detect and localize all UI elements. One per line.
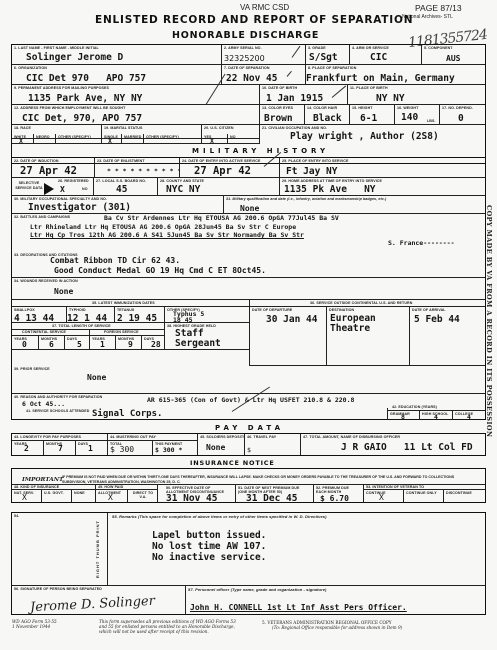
induction-value: 27 Apr 42	[20, 165, 77, 177]
field-name: 1. Last name - First name - Middle initi…	[12, 45, 222, 65]
remarks-line-3: No inactive service.	[152, 552, 266, 563]
race-option-negro[interactable]: NEGRO	[34, 134, 56, 144]
marital-option-other[interactable]: OTHER (specify)	[144, 134, 202, 144]
foreign-months: Months9	[116, 336, 142, 350]
side-copy-text: COPY MADE BY VA FROM A RECORD IN ITS POS…	[481, 205, 493, 525]
foreign-years: Years1	[90, 336, 116, 350]
field-mos: 30. Military occupational specialty and …	[12, 196, 224, 214]
field-organization: 6. Organization CIC Det 970 APO 757	[12, 65, 222, 85]
permanent-address-value: 1135 Park Ave, NY NY	[28, 93, 142, 104]
field-decorations: 33. Decorations and citations Combat Rib…	[12, 252, 485, 278]
kind-none[interactable]: None	[72, 490, 96, 502]
eyes-value: Brown	[264, 113, 293, 124]
how-paid-direct[interactable]: Direct to V.A.	[128, 490, 158, 502]
battles-line-4: S. France--------	[388, 239, 455, 247]
weight-value: 140	[401, 112, 418, 123]
field-soldiers-deposits: 45. Soldiers deposits None	[198, 434, 245, 455]
organization-value: CIC Det 970 APO 757	[26, 73, 146, 84]
intention-continue-only[interactable]: Continue Only	[404, 490, 444, 502]
field-highest-grade-fill	[12, 350, 250, 366]
insurance-heading: INSURANCE NOTICE	[190, 459, 275, 467]
registered-yes[interactable]: X	[60, 185, 65, 194]
field-place-separation: 8. Place of separation Frankfurt on Main…	[306, 65, 485, 85]
field-other-immunization: Other (specify) Typhus 5 18 45	[165, 307, 250, 323]
local-board-value: 45	[116, 184, 127, 195]
discharge-document: VA RMC CSD PAGE 87/13 National Archives-…	[0, 0, 497, 650]
longevity-months: Months7	[44, 441, 76, 455]
battles-line-3: Ltr Hq Cp Tros 12th AG 200.6 A S41 5Jun4…	[30, 231, 304, 239]
race-option-white[interactable]: WHITEX	[12, 134, 34, 144]
next-premium-value: 31 Dec 45	[246, 493, 297, 502]
intention-continue[interactable]: ContinueX	[364, 490, 404, 502]
enlistment-value: * * * * * * * * * *	[107, 167, 180, 175]
smallpox-value: 4 13 44	[14, 313, 54, 323]
field-smallpox: Smallpox 4 13 44	[12, 307, 67, 323]
field-wounds: 34. Wounds received in action None	[12, 278, 485, 300]
name-value: Solinger Jerome D	[26, 52, 123, 63]
field-typhoid: Typhoid 12 1 44	[67, 307, 115, 323]
remarks-line-2: No lost time AW 107.	[152, 541, 266, 552]
total-amount-value: J R GAIO 11 Lt Col FD	[341, 442, 473, 453]
battles-line-2: Ltr Rhineland Ltr Hq ETOUSA AG 200.6 OpG…	[30, 223, 296, 231]
field-dependents: 17. No. depend. 0	[440, 105, 485, 125]
county-value: NYC NY	[166, 184, 200, 195]
field-tetanus: Tetanus 2 19 45	[115, 307, 165, 323]
cont-days: Days5	[65, 336, 90, 350]
dependents-value: 0	[458, 113, 464, 124]
mos-value: Investigator (301)	[28, 202, 131, 213]
date-separation-value: 22 Nov 45	[226, 73, 277, 84]
mustering-total: Total$ 300	[108, 441, 153, 455]
total-service-header: 37. Total length of service	[12, 323, 165, 330]
military-history-heading: MILITARY HISTORY	[192, 147, 329, 155]
decorations-line-1: Combat Ribbon TD Cir 62 43.	[50, 256, 180, 265]
field-next-premium: 51. Date of next premium due (One month …	[236, 484, 314, 502]
field-arrival: Date of arrival 5 Feb 44	[410, 307, 485, 366]
field-employment-address: 12. Address from which employment will b…	[12, 105, 260, 125]
field-permanent-address: 9. Permanent address for mailing purpose…	[12, 85, 260, 105]
education-high-school: High School4	[420, 411, 453, 420]
field-arm: 4. Arm or service CIC	[350, 45, 422, 65]
race-option-other[interactable]: OTHER (specify)	[56, 134, 102, 144]
thumb-print-label: RIGHT THUMB PRINT	[95, 520, 100, 578]
field-county: 28. County and State NYC NY	[158, 178, 280, 196]
field-height: 15. Height 6-1	[350, 105, 395, 125]
field-entry-place: 25. Place of entry into service Ft Jay N…	[280, 158, 485, 178]
field-enlistment: 23. Date of enlistment * * * * * * * * *…	[95, 158, 180, 178]
field-departure: Date of departure 30 Jan 44	[250, 307, 327, 366]
component-value: AUS	[446, 54, 460, 63]
mustering-this-payment: This payment$ 300 *	[153, 441, 198, 455]
important-label: IMPORTANT	[22, 477, 63, 483]
field-date-separation: 7. Date of separation 22 Nov 45	[222, 65, 306, 85]
marital-option-single[interactable]: SINGLEX	[102, 134, 122, 144]
page-label: PAGE 87/13	[415, 3, 462, 13]
kind-nat-serv[interactable]: Nat. Serv.X	[12, 490, 42, 502]
field-schools: 41. Service schools attended Signal Corp…	[12, 408, 388, 420]
weight-unit: LBS.	[427, 119, 436, 123]
how-paid-allotment[interactable]: AllotmentX	[96, 490, 128, 502]
foreign-days: Days28	[142, 336, 165, 350]
copy-note: 5. VETERANS ADMINISTRATION REGIONAL OFFI…	[262, 620, 462, 630]
schools-value: Signal Corps.	[92, 409, 162, 419]
tetanus-value: 2 19 45	[117, 313, 157, 323]
citizen-option-no[interactable]: NO	[228, 134, 260, 144]
field-remarks: 55. Remarks (This space for completion o…	[108, 513, 485, 586]
field-eyes: 13. Color eyes Brown	[260, 105, 305, 125]
citizen-option-yes[interactable]: YESX	[202, 134, 228, 144]
field-effective-date: 50. Effective date of allotment disconti…	[158, 484, 236, 502]
supersedes-note: This form supersedes all previous editio…	[99, 619, 239, 634]
field-total-amount: 47. Total amount, name of disbursing off…	[301, 434, 485, 455]
field-entry-active: 24. Date of entry into active service 27…	[180, 158, 280, 178]
field-registered: 26. Registered X NO	[56, 178, 94, 196]
premium-due-value: $ 6.70	[320, 494, 349, 502]
mustering-header: 44. Mustering out pay	[108, 434, 198, 441]
occupation-value: Play wright , Author (2S8)	[290, 131, 439, 142]
field-premium-due: 52. Premium due each month $ 6.70	[314, 484, 364, 502]
insurance-notice-text: If premium is not paid when due or withi…	[62, 475, 476, 484]
field-personnel-officer: 57. Personnel officer (Type name, grade …	[186, 586, 485, 614]
field-qualification: 31. Military qualification and date (i.e…	[224, 196, 485, 214]
personnel-officer-value: John H. CONNELL 1st Lt Inf Asst Pers Off…	[190, 603, 407, 612]
form-id: WD AGO Form 53-55 1 November 1944	[12, 619, 72, 629]
other-immunization-value: Typhus 5 18 45	[173, 311, 213, 323]
longevity-days: Days1	[76, 441, 108, 455]
arrival-value: 5 Feb 44	[414, 314, 460, 325]
thumb-print-area: 54.	[12, 513, 108, 586]
field-occupation: 21. Civilian occupation and no. Play wri…	[260, 125, 485, 144]
typhoid-value: 12 1 44	[67, 313, 107, 323]
arrow-icon	[44, 183, 54, 195]
departure-value: 30 Jan 44	[266, 314, 317, 325]
date-birth-value: 1 Jan 1915	[266, 93, 323, 104]
pay-data-heading: PAY DATA	[215, 424, 284, 432]
longevity-years: Years2	[12, 441, 44, 455]
field-induction: 22. Date of induction 27 Apr 42	[12, 158, 95, 178]
home-entry-value: 1135 Pk Ave NY	[284, 184, 376, 195]
field-local-board: 27. Local S.S. Board No. 45	[94, 178, 158, 196]
field-component: 5. Component AUS	[422, 45, 485, 65]
document-title: ENLISTED RECORD AND REPORT OF SEPARATION	[95, 14, 413, 26]
reason-value-2: 6 Oct 45...	[22, 400, 65, 408]
hair-value: Black	[313, 113, 342, 124]
prior-service-value: None	[87, 373, 106, 382]
wounds-value: None	[54, 287, 73, 296]
field-battles: 32. Battles and campaigns Ba Cv Str Arde…	[12, 214, 485, 252]
field-highest-grade: 38. Highest grade held Staff Sergeant	[165, 323, 250, 350]
cont-years: Years0	[12, 336, 39, 350]
height-value: 6-1	[360, 113, 377, 124]
decorations-line-2: Good Conduct Medal GO 19 Hq Cmd C ET 8Oc…	[54, 266, 266, 275]
destination-value: European Theatre	[330, 314, 400, 334]
field-hair: 14. Color hair Black	[305, 105, 350, 125]
battles-line-1: Ba Cv Str Ardennes Ltr Hq ETOUSA AG 200.…	[104, 214, 339, 222]
place-birth-value: NY NY	[376, 93, 405, 104]
entry-active-value: 27 Apr 42	[194, 165, 251, 177]
immunization-header: 35. Latest immunization dates	[12, 300, 250, 307]
marital-option-married[interactable]: MARRIED	[122, 134, 144, 144]
kind-us-govt[interactable]: U.S. Govt.	[42, 490, 72, 502]
field-prior-service: 39. Prior service None	[12, 366, 485, 394]
field-grade: 3. Grade S/Sgt	[306, 45, 350, 65]
archive-stamp: VA RMC CSD	[240, 3, 289, 12]
soldiers-deposits-value: None	[206, 443, 225, 452]
arm-value: CIC	[370, 52, 387, 63]
cont-months: Months6	[39, 336, 65, 350]
field-place-birth: 11. Place of birth NY NY	[348, 85, 485, 105]
service-outside-header: 36. Service outside continental U.S. and…	[250, 300, 485, 307]
grade-value: S/Sgt	[309, 52, 338, 63]
employment-address-value: CIC Det, 970, APO 757	[22, 113, 142, 124]
remarks-line-1: Lapel button issued.	[152, 530, 266, 541]
field-home-entry: 29. Home address at time of entry into s…	[280, 178, 485, 196]
intention-discontinue[interactable]: Discontinue	[444, 490, 485, 502]
serial-value: 32325200	[224, 54, 265, 63]
field-destination: Destination European Theatre	[327, 307, 410, 366]
document-subtitle: HONORABLE DISCHARGE	[172, 30, 319, 41]
field-weight: 16. Weight 140 LBS.	[395, 105, 440, 125]
effective-date-value: 31 Nov 45	[166, 493, 217, 502]
education-grammar: Grammar8	[388, 411, 420, 420]
longevity-header: 43. Longevity for pay purposes	[12, 434, 108, 441]
field-travel-pay: 46. Travel pay $	[245, 434, 301, 455]
highest-grade-line-2: Sergeant	[175, 338, 221, 349]
qualification-value: None	[240, 204, 259, 213]
place-separation-value: Frankfurt on Main, Germany	[306, 73, 455, 84]
entry-place-value: Ft Jay NY	[286, 166, 337, 177]
